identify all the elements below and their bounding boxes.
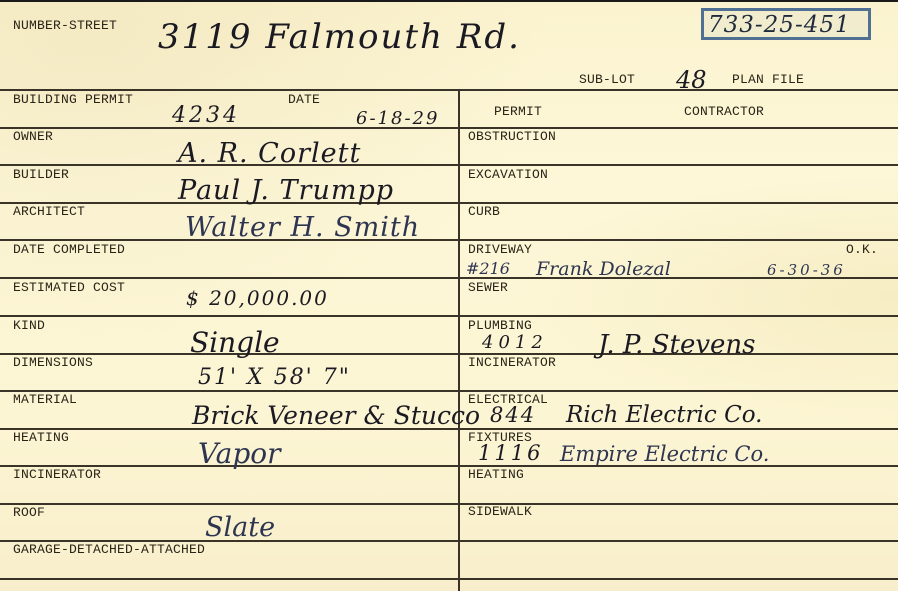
right-label-curb: CURB (468, 205, 500, 218)
date-value: 6-18-29 (356, 110, 439, 128)
right-label-incinerator: INCINERATOR (468, 356, 556, 369)
column-divider (458, 89, 460, 591)
plan-file-label: PLAN FILE (732, 73, 804, 86)
field-value-builder: Paul J. Trumpp (178, 177, 394, 204)
right-label-excavation: EXCAVATION (468, 168, 548, 181)
number-street-value: 3119 Falmouth Rd. (158, 20, 521, 54)
sub-lot-label: SUB-LOT (579, 73, 635, 86)
field-label-garage: GARAGE-DETACHED-ATTACHED (13, 543, 205, 556)
divider (0, 503, 898, 505)
driveway-permit: #216 (466, 261, 510, 277)
fixtures-permit: 1116 (478, 443, 543, 464)
divider (0, 277, 898, 279)
field-value-estimated-cost: $ 20,000.00 (186, 288, 329, 308)
right-label-sidewalk: SIDEWALK (468, 505, 532, 518)
right-label-plumbing: PLUMBING (468, 319, 532, 332)
field-label-owner: OWNER (13, 130, 53, 143)
plumbing-contractor: J. P. Stevens (598, 332, 756, 358)
field-value-heating: Vapor (198, 440, 281, 468)
contractor-column-header: CONTRACTOR (684, 105, 764, 118)
field-value-building-permit: 4234 (172, 105, 240, 127)
divider (0, 353, 898, 355)
permit-column-header: PERMIT (494, 105, 542, 118)
electrical-permit: 844 (490, 405, 536, 426)
field-label-date-completed: DATE COMPLETED (13, 243, 125, 256)
field-value-architect: Walter H. Smith (185, 214, 420, 241)
field-label-builder: BUILDER (13, 168, 69, 181)
right-label-obstruction: OBSTRUCTION (468, 130, 556, 143)
electrical-contractor: Rich Electric Co. (566, 404, 762, 427)
field-label-estimated-cost: ESTIMATED COST (13, 281, 125, 294)
driveway-date: 6-30-36 (767, 263, 846, 278)
right-label-driveway: DRIVEWAY (468, 243, 532, 256)
field-label-building-permit: BUILDING PERMIT (13, 93, 133, 106)
field-value-owner: A. R. Corlett (178, 140, 361, 167)
field-label-dimensions: DIMENSIONS (13, 356, 93, 369)
divider (0, 164, 898, 166)
divider (0, 89, 898, 91)
field-value-material: Brick Veneer & Stucco (192, 403, 480, 428)
date-label: DATE (288, 93, 320, 106)
divider (0, 315, 898, 317)
divider (0, 578, 898, 580)
plumbing-permit: 4012 (482, 334, 548, 352)
driveway-ok: O.K. (846, 243, 878, 256)
field-label-architect: ARCHITECT (13, 205, 85, 218)
field-label-material: MATERIAL (13, 393, 77, 406)
field-value-kind: Single (190, 329, 280, 357)
field-label-incinerator: INCINERATOR (13, 468, 101, 481)
field-label-heating: HEATING (13, 431, 69, 444)
number-street-label: NUMBER-STREET (13, 19, 117, 32)
building-permit-card: NUMBER-STREET 3119 Falmouth Rd. 733-25-4… (0, 2, 898, 591)
file-number-stamp: 733-25-451 (701, 8, 871, 40)
field-value-roof: Slate (205, 514, 275, 541)
driveway-contractor: Frank Dolezal (536, 260, 671, 279)
right-label-sewer: SEWER (468, 281, 508, 294)
file-number: 733-25-451 (708, 14, 851, 37)
right-label-heating: HEATING (468, 468, 524, 481)
field-label-kind: KIND (13, 319, 45, 332)
field-value-dimensions: 51' X 58' 7" (198, 367, 351, 389)
divider (0, 202, 898, 204)
fixtures-contractor: Empire Electric Co. (560, 444, 769, 465)
divider (0, 239, 898, 241)
divider (0, 390, 898, 392)
field-label-roof: ROOF (13, 506, 45, 519)
